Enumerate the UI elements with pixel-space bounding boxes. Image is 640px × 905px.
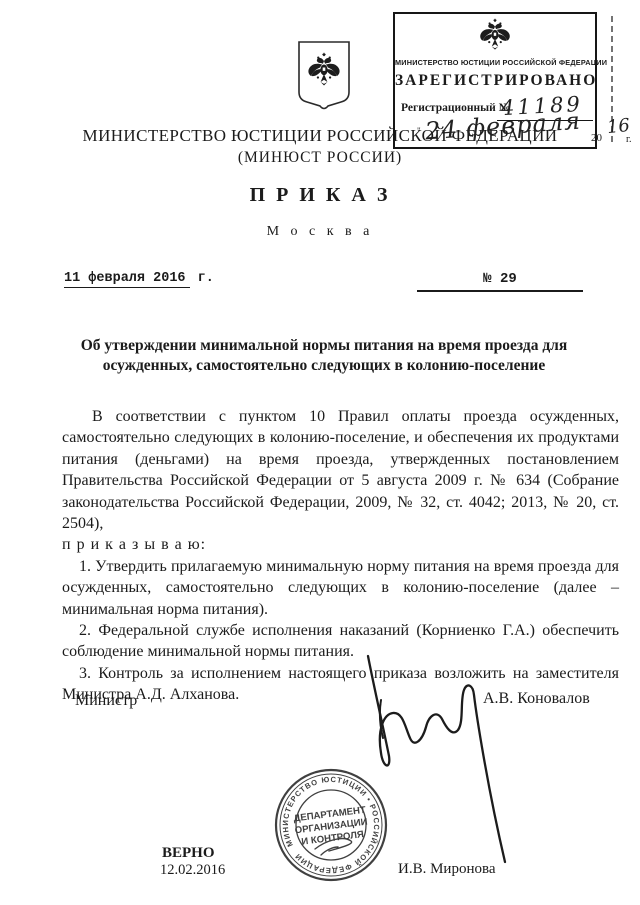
coat-of-arms-icon <box>297 40 351 113</box>
doc-type-title: П Р И К А З <box>0 184 640 207</box>
order-item-2: 2. Федеральной службе исполнения наказан… <box>62 620 619 663</box>
prikaz-word: п р и к а з ы в а ю: <box>62 534 619 555</box>
reg-year-suffix: г. <box>626 134 631 145</box>
city-label: М о с к в а <box>0 224 640 240</box>
stamp-eagle-icon <box>477 18 513 54</box>
registration-stamp: МИНИСТЕРСТВО ЮСТИЦИИ РОССИЙСКОЙ ФЕДЕРАЦИ… <box>393 12 597 149</box>
registered-label: ЗАРЕГИСТРИРОВАНО <box>395 72 595 90</box>
reg-year-printed: 20 <box>591 132 602 144</box>
order-date-main: 11 февраля 2016 <box>64 271 190 288</box>
ministry-short-title: (МИНЮСТ РОССИИ) <box>0 149 640 167</box>
subject-heading: Об утверждении минимальной нормы питания… <box>70 336 578 376</box>
minister-label: Министр <box>75 692 137 710</box>
order-date: 11 февраля 2016 г. <box>64 271 214 286</box>
signature-icon <box>345 640 525 875</box>
order-document-page: МИНИСТЕРСТВО ЮСТИЦИИ РОССИЙСКОЙ ФЕДЕРАЦИ… <box>0 0 640 905</box>
verno-label: ВЕРНО <box>162 845 215 862</box>
body-text: В соответствии с пунктом 10 Правил оплат… <box>62 406 619 706</box>
order-number: № 29 <box>417 271 583 292</box>
intro-paragraph: В соответствии с пунктом 10 Правил оплат… <box>62 406 619 534</box>
verno-date: 12.02.2016 <box>160 862 225 879</box>
order-date-suffix: г. <box>198 271 214 286</box>
reg-date-quote: " <box>417 126 421 136</box>
order-item-1: 1. Утвердить прилагаемую минимальную нор… <box>62 556 619 620</box>
stamp-ministry-line: МИНИСТЕРСТВО ЮСТИЦИИ РОССИЙСКОЙ ФЕДЕРАЦИ… <box>395 58 595 67</box>
